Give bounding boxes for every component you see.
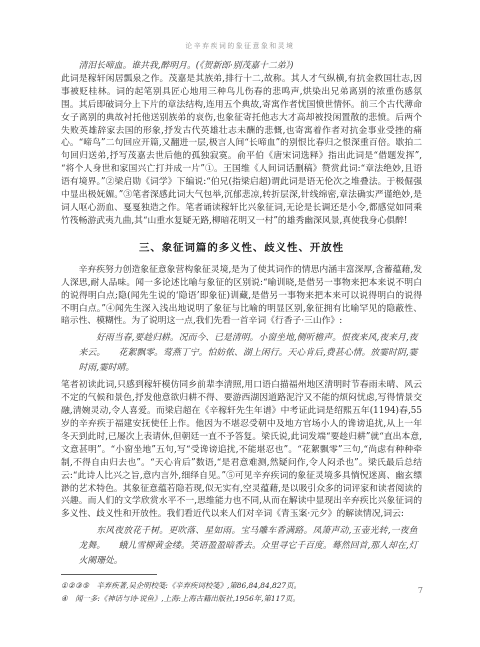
footnote-text: 闻一多:《神话与诗·说鱼》,上海:上海古籍出版社,1956年,第117页。 — [75, 594, 300, 603]
footnote-item: ①②③⑤辛弃疾著,吴企明校笺:《辛弃疾词校笺》,第86,84,84,827页。 — [61, 580, 422, 592]
footnote-label: ①②③⑤ — [61, 581, 90, 590]
footnote-label: ④ — [61, 594, 68, 603]
poem-xingxiangzi: 好雨当春,要趁归耕。况而今、已是清明。小窗坐地,侧听檐声。恨夜来风,夜来月,夜来… — [79, 331, 422, 376]
footnote-item: ④闻一多:《神话与诗·说鱼》,上海:上海古籍出版社,1956年,第117页。 — [61, 593, 422, 605]
verse-quote-hexinlang: 清泪长啼血。谁共我,醉明月。(《贺新郎·别茂嘉十二弟》) — [61, 60, 422, 73]
section-heading: 三、象征词篇的多义性、歧义性、开放性 — [61, 239, 422, 254]
footnote-text: 辛弃疾著,吴企明校笺:《辛弃疾词校笺》,第86,84,84,827页。 — [97, 581, 301, 590]
running-header: 论辛弃疾词的象征意象和灵境 — [0, 40, 480, 50]
paragraph-hexinlang-analysis: 此词是稼轩闲居瓢泉之作。茂嘉是其族弟,排行十二,故称。其人才气纵横,有抗金救国壮… — [61, 73, 422, 228]
document-page: 论辛弃疾词的象征意象和灵境 清泪长啼血。谁共我,醉明月。(《贺新郎·别茂嘉十二弟… — [0, 0, 480, 647]
poem-qingyuan-yuanxi: 东风夜放花千树。更吹落、星如雨。宝马雕车香满路。凤箫声动,玉壶光转,一夜鱼龙舞。… — [79, 524, 422, 569]
article-body: 清泪长啼血。谁共我,醉明月。(《贺新郎·别茂嘉十二弟》) 此词是稼轩闲居瓢泉之作… — [61, 60, 422, 605]
page-number: 7 — [418, 586, 423, 595]
paragraph-xingxiangzi-analysis: 笔者初读此词,只感到稼轩模仿同乡前辈李清照,用口语白描福州地区清明时节春雨未晴、… — [61, 379, 422, 521]
footnote-separator-rule — [61, 574, 157, 575]
paragraph-symbolism-intro: 辛弃疾努力创造象征意象营构象征灵境,是为了使其词作的情思内涵丰富深厚,含蓄蕴藉,… — [61, 264, 422, 329]
footnotes-block: ①②③⑤辛弃疾著,吴企明校笺:《辛弃疾词校笺》,第86,84,84,827页。 … — [61, 574, 422, 605]
